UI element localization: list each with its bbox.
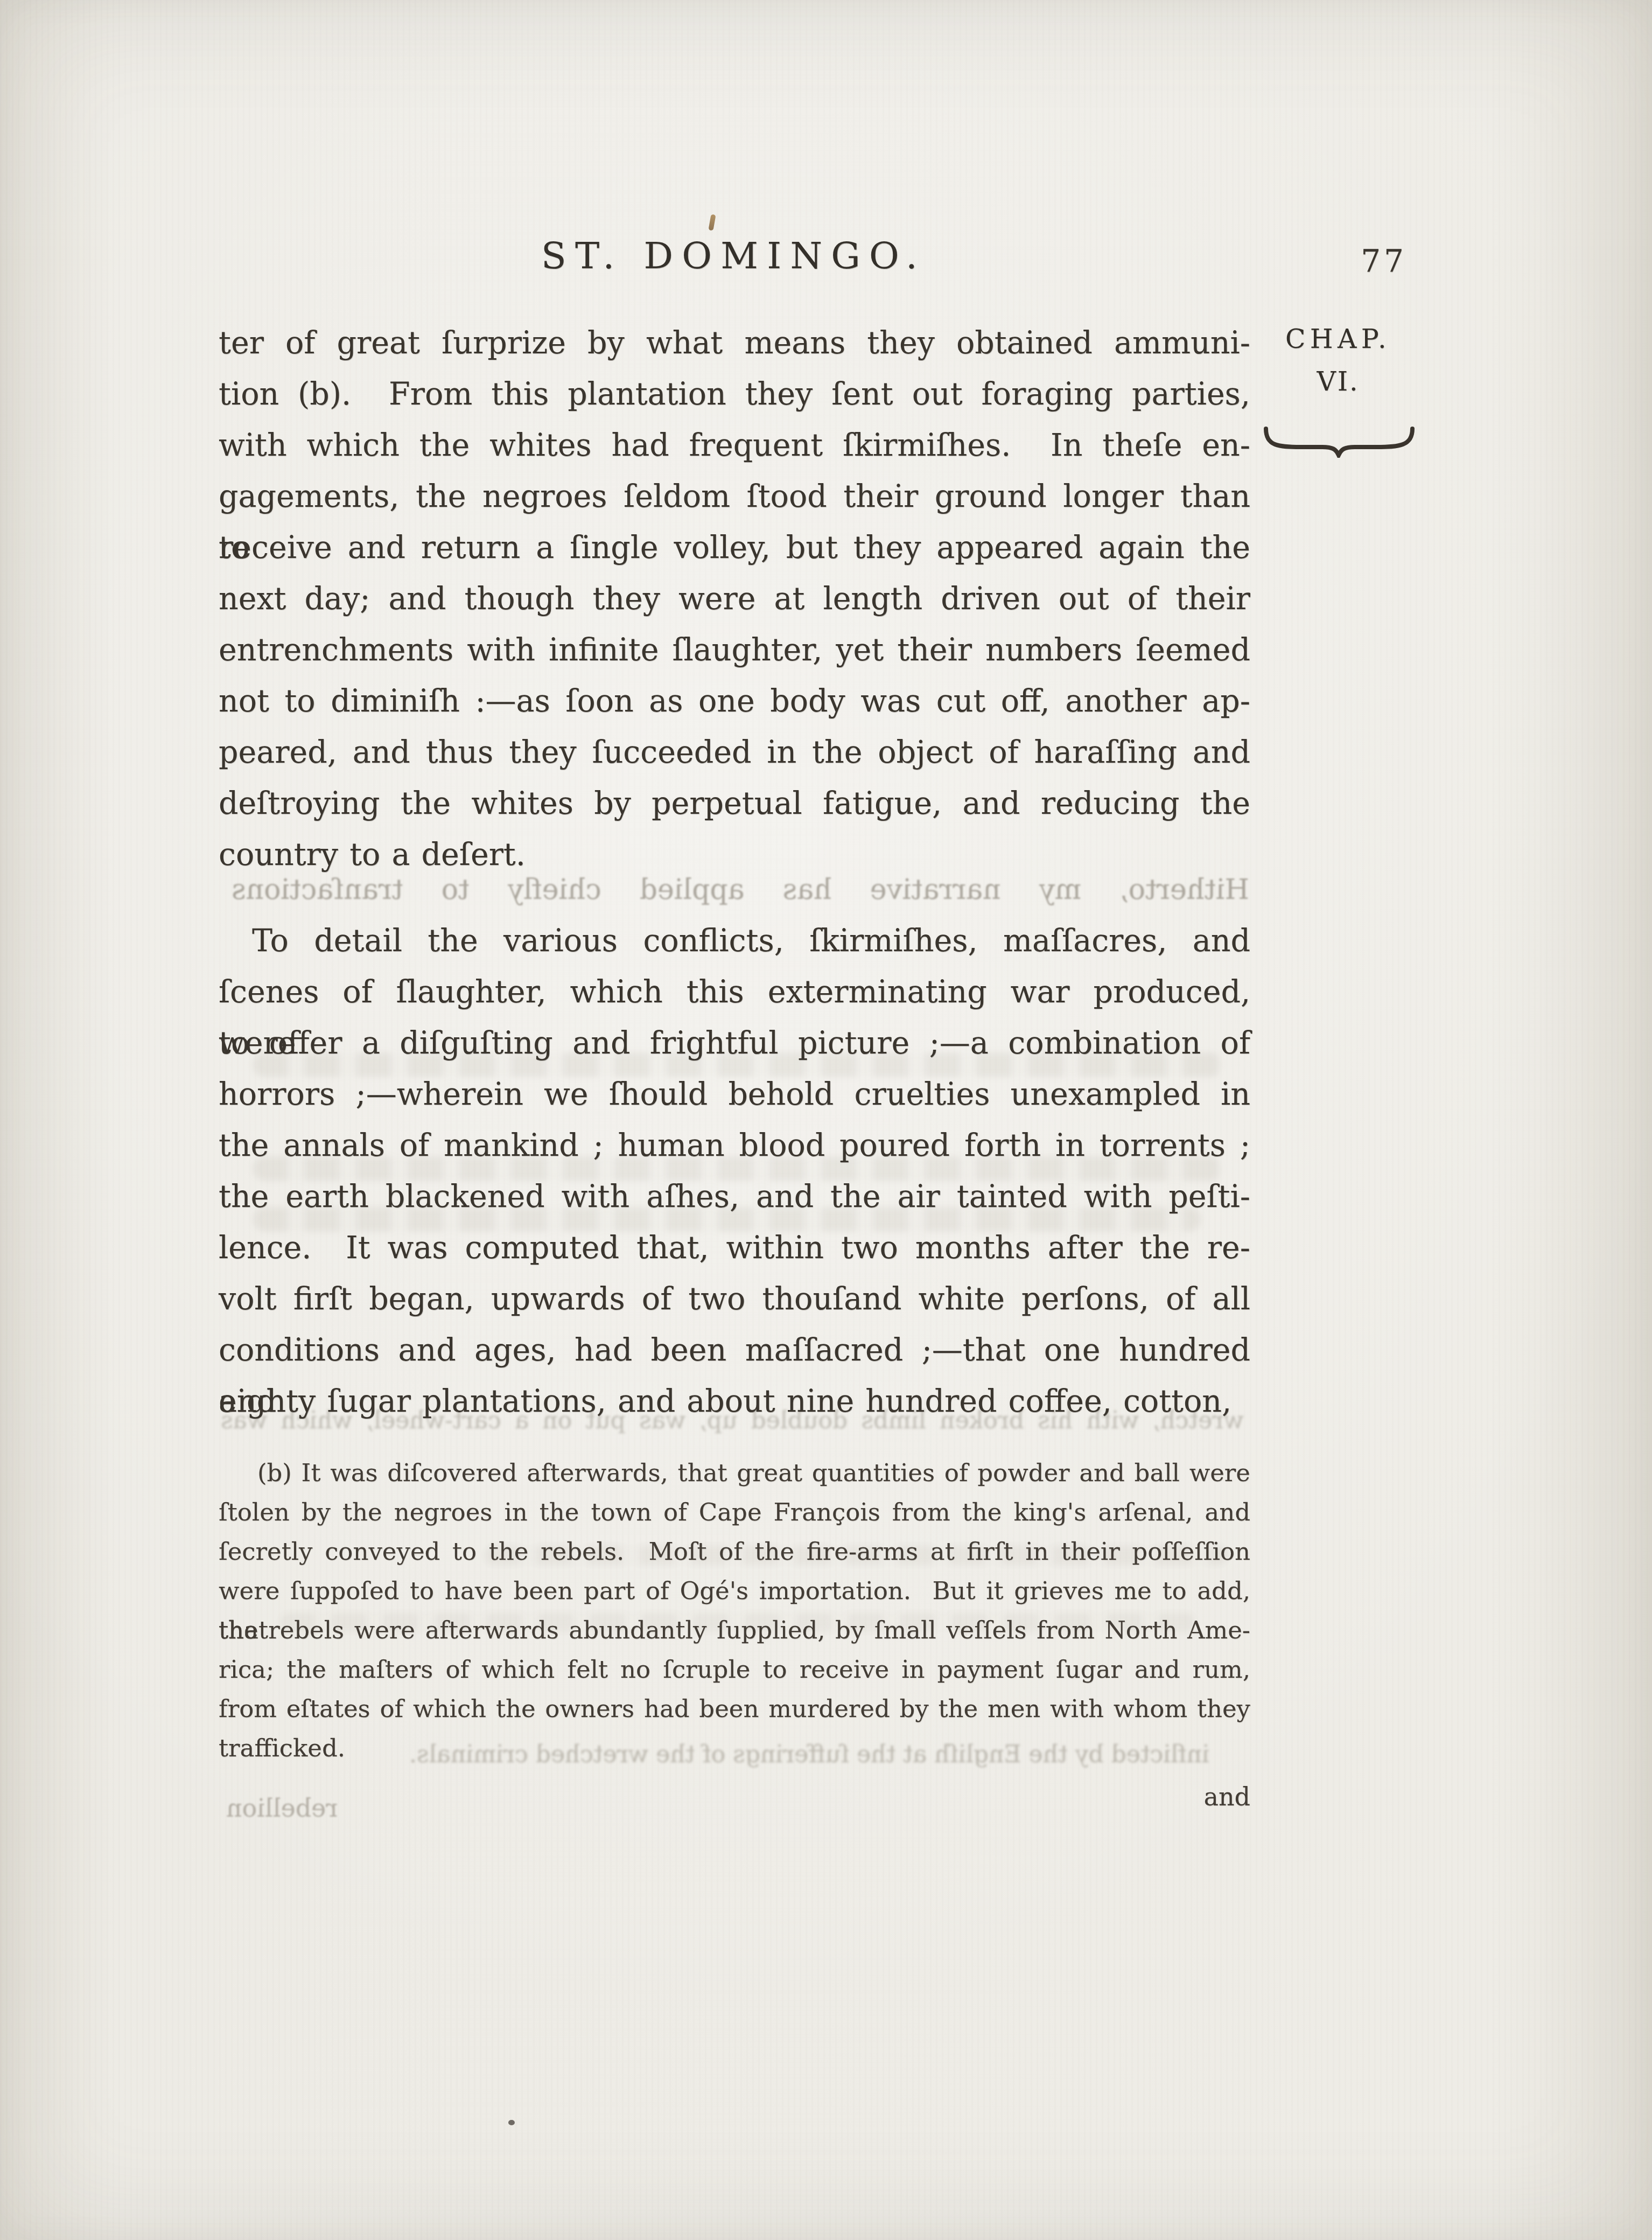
text-line: next day; and though they were at length…: [219, 574, 1250, 625]
text-line: tion (b). From this plantation they ſent…: [219, 369, 1250, 420]
text-line: the annals of mankind ; human blood pour…: [219, 1120, 1250, 1171]
paragraph: To detail the various conflicts, ſkirmiſ…: [219, 916, 1250, 1427]
ink-fleck: [708, 214, 716, 231]
text-line: To detail the various conflicts, ſkirmiſ…: [219, 916, 1250, 967]
chapter-numeral: VI.: [1264, 365, 1412, 399]
text-line: the earth blackened with aſhes, and the …: [219, 1171, 1250, 1223]
text-line: eighty ſugar plantations, and about nine…: [219, 1376, 1250, 1427]
footnote-line: rica; the maſters of which felt no ſcrup…: [219, 1650, 1250, 1689]
text-line: gagements, the negroes ſeldom ſtood thei…: [219, 471, 1250, 522]
footnote-line: ſtolen by the negroes in the town of Cap…: [219, 1492, 1250, 1532]
text-line: receive and return a ſingle volley, but …: [219, 522, 1250, 574]
text-line: not to diminiſh :—as ſoon as one body wa…: [219, 676, 1250, 727]
footnote: (b) It was diſcovered afterwards, that g…: [219, 1453, 1250, 1768]
text-line: volt firſt began, upwards of two thouſan…: [219, 1274, 1250, 1325]
chapter-margin-note: CHAP. VI.: [1264, 322, 1412, 399]
text-line: country to a deſert.: [219, 829, 1250, 881]
footnote-line: were ſuppoſed to have been part of Ogé's…: [219, 1571, 1250, 1610]
text-line: ſcenes of ſlaughter, which this extermin…: [219, 967, 1250, 1018]
chapter-label: CHAP.: [1264, 322, 1412, 357]
footnote-line: the rebels were afterwards abundantly ſu…: [219, 1610, 1250, 1650]
text-line: entrenchments with infinite ſlaughter, y…: [219, 625, 1250, 676]
catchword: and: [219, 1777, 1250, 1817]
running-title: ST. DOMINGO.: [218, 235, 1249, 278]
text-line: to offer a diſguſting and frightful pict…: [219, 1018, 1250, 1069]
text-line: peared, and thus they ſucceeded in the o…: [219, 727, 1250, 778]
footnote-line: (b) It was diſcovered afterwards, that g…: [219, 1453, 1250, 1492]
footnote-line: trafficked.: [219, 1728, 1250, 1768]
paragraph: ter of great ſurprize by what means they…: [219, 318, 1250, 881]
ink-dot: [508, 2120, 515, 2125]
footnote-line: ſecretly conveyed to the rebels. Moſt of…: [219, 1532, 1250, 1571]
text-line: horrors ;—wherein we ſhould behold cruel…: [219, 1069, 1250, 1120]
text-line: ter of great ſurprize by what means they…: [219, 318, 1250, 369]
page-number: 77: [1330, 243, 1438, 279]
text-line: with which the whites had frequent ſkirm…: [219, 420, 1250, 471]
footnote-line: from eſtates of which the owners had bee…: [219, 1689, 1250, 1728]
book-page-scan: ST. DOMINGO. 77 CHAP. VI. Hitherto, my n…: [0, 0, 1652, 2240]
text-line: conditions and ages, had been maſſacred …: [219, 1325, 1250, 1376]
chapter-brace-icon: [1262, 424, 1416, 458]
text-line: deſtroying the whites by perpetual fatig…: [219, 778, 1250, 829]
text-line: lence. It was computed that, within two …: [219, 1223, 1250, 1274]
